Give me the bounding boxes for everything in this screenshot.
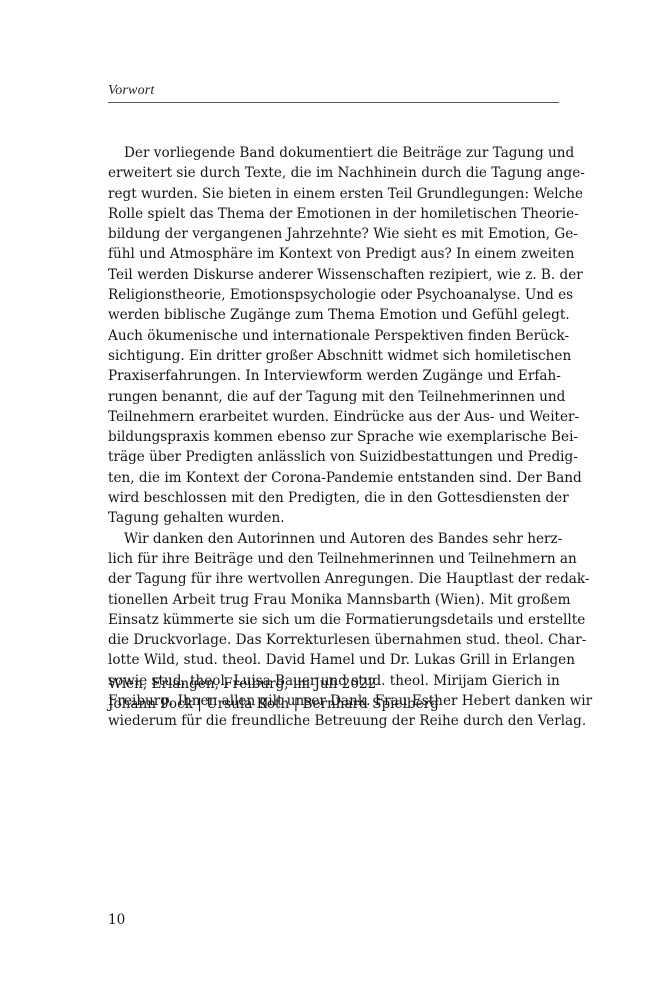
text-line: Rolle spielt das Thema der Emotionen in … bbox=[108, 204, 559, 224]
text-line: bildung der vergangenen Jahrzehnte? Wie … bbox=[108, 224, 559, 244]
closing-block: Wien, Erlangen, Freiburg, im Juli 2022 J… bbox=[108, 674, 559, 715]
text-line: die Druckvorlage. Das Korrekturlesen übe… bbox=[108, 630, 559, 650]
editors: Johann Pock | Ursula Roth | Bernhard Spi… bbox=[108, 694, 559, 714]
text-line: fühl und Atmosphäre im Kontext von Predi… bbox=[108, 244, 559, 264]
text-line: sichtigung. Ein dritter großer Abschnitt… bbox=[108, 346, 559, 366]
body-text: Der vorliegende Band dokumentiert die Be… bbox=[108, 143, 559, 732]
text-line: Einsatz kümmerte sie sich um die Formati… bbox=[108, 610, 559, 630]
text-line: der Tagung für ihre wertvollen Anregunge… bbox=[108, 569, 559, 589]
text-line: träge über Predigten anlässlich von Suiz… bbox=[108, 447, 559, 467]
text-line: rungen benannt, die auf der Tagung mit d… bbox=[108, 387, 559, 407]
paragraph-1: Der vorliegende Band dokumentiert die Be… bbox=[108, 143, 559, 529]
text-line: Der vorliegende Band dokumentiert die Be… bbox=[108, 143, 559, 163]
text-line: Teil werden Diskurse anderer Wissenschaf… bbox=[108, 265, 559, 285]
text-line: werden biblische Zugänge zum Thema Emoti… bbox=[108, 305, 559, 325]
text-line: bildungspraxis kommen ebenso zur Sprache… bbox=[108, 427, 559, 447]
text-line: Religionstheorie, Emotionspsychologie od… bbox=[108, 285, 559, 305]
text-line: wird beschlossen mit den Predigten, die … bbox=[108, 488, 559, 508]
text-line: Auch ökumenische und internationale Pers… bbox=[108, 326, 559, 346]
text-line: Praxiserfahrungen. In Interviewform werd… bbox=[108, 366, 559, 386]
text-line: regt wurden. Sie bieten in einem ersten … bbox=[108, 184, 559, 204]
book-page: Vorwort Der vorliegende Band dokumentier… bbox=[0, 0, 667, 1000]
text-line: tionellen Arbeit trug Frau Monika Mannsb… bbox=[108, 590, 559, 610]
page-number: 10 bbox=[108, 910, 125, 930]
text-line: ten, die im Kontext der Corona-Pandemie … bbox=[108, 468, 559, 488]
text-line: lich für ihre Beiträge und den Teilnehme… bbox=[108, 549, 559, 569]
text-line: erweitert sie durch Texte, die im Nachhi… bbox=[108, 163, 559, 183]
text-line: Wir danken den Autorinnen und Autoren de… bbox=[108, 529, 559, 549]
place-date: Wien, Erlangen, Freiburg, im Juli 2022 bbox=[108, 674, 559, 694]
text-line: lotte Wild, stud. theol. David Hamel und… bbox=[108, 650, 559, 670]
text-line: Teilnehmern erarbeitet wurden. Eindrücke… bbox=[108, 407, 559, 427]
text-line: Tagung gehalten wurden. bbox=[108, 508, 559, 528]
header-rule bbox=[108, 102, 559, 103]
running-head: Vorwort bbox=[108, 83, 559, 99]
